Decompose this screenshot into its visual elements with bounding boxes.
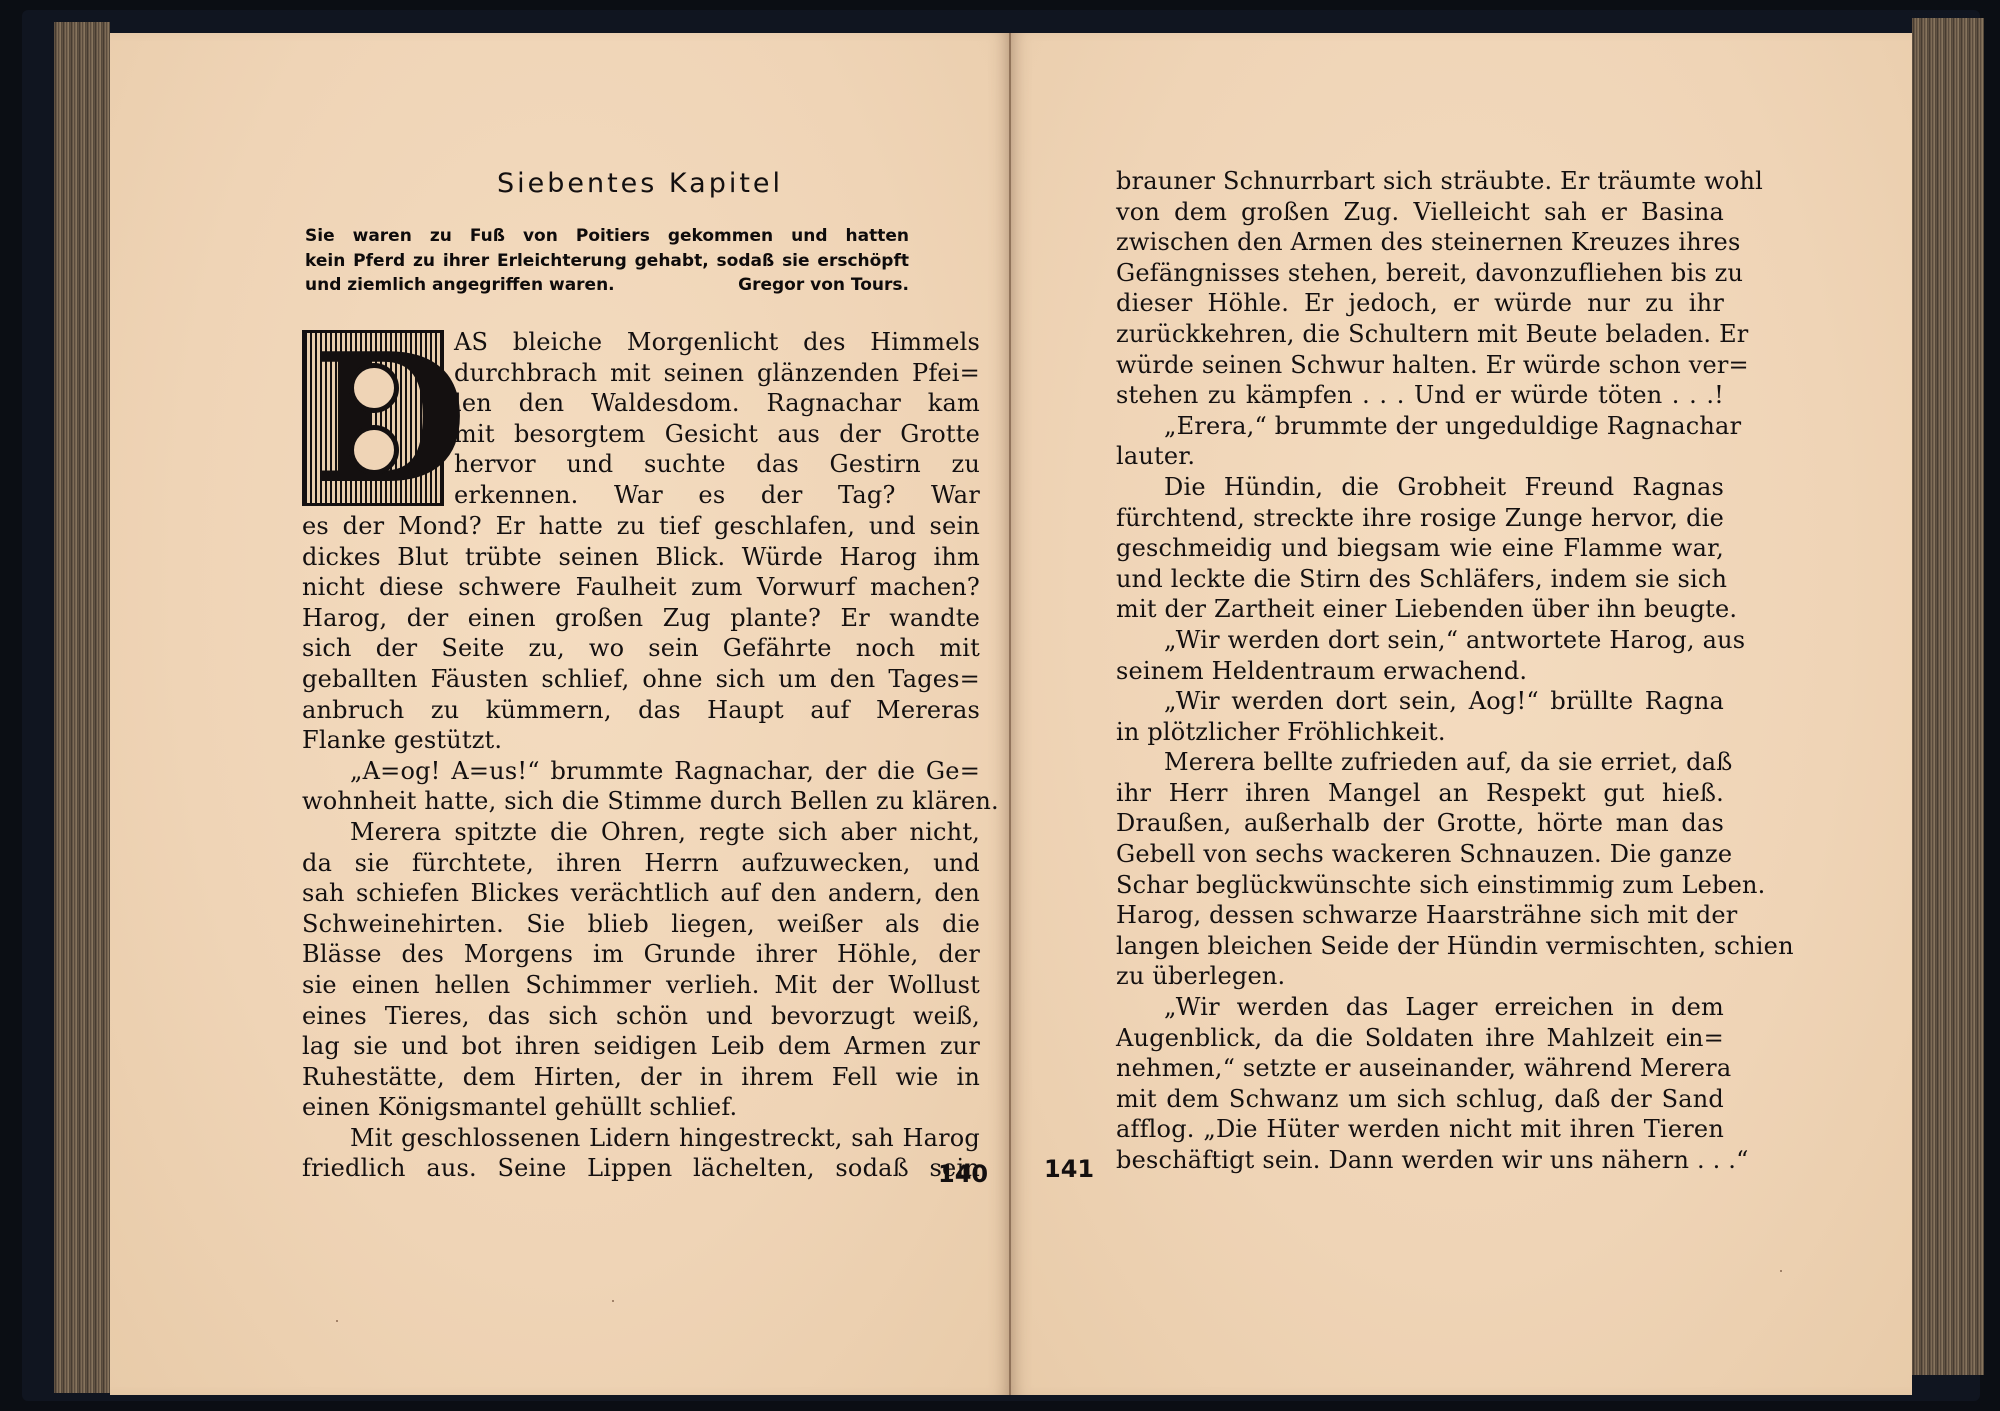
text-line: brauner Schnurrbart sich sträubte. Er tr… [1116, 166, 1724, 197]
text-line: eines Tieres, das sich schön und bevorzu… [302, 1001, 980, 1032]
page-number-right: 141 [1044, 1155, 1094, 1183]
motto-line-text: und ziemlich angegriffen waren. [305, 275, 615, 295]
drop-cap-paragraph: AS bleiche Morgenlicht des Himmels durch… [454, 327, 980, 511]
text-line: Blässe des Morgens im Grunde ihrer Höhle… [302, 939, 980, 970]
text-line: es der Mond? Er hatte zu tief geschlafen… [302, 511, 980, 542]
text-line: nehmen,“ setzte er auseinander, während … [1116, 1053, 1724, 1084]
text-line: durchbrach mit seinen glänzenden Pfei= [454, 358, 980, 389]
text-line: „Wir werden das Lager erreichen in dem [1116, 992, 1724, 1023]
text-line: Flanke gestützt. [302, 725, 980, 756]
text-line: stehen zu kämpfen . . . Und er würde töt… [1116, 380, 1724, 411]
text-line: da sie fürchtete, ihren Herrn aufzuwecke… [302, 848, 980, 879]
text-line: mit besorgtem Gesicht aus der Grotte [454, 419, 980, 450]
book-gutter [1009, 33, 1011, 1395]
text-line: sah schiefen Blickes verächtlich auf den… [302, 878, 980, 909]
text-line: mit der Zartheit einer Liebenden über ih… [1116, 594, 1724, 625]
left-page-body: es der Mond? Er hatte zu tief geschlafen… [302, 511, 980, 1184]
text-line: friedlich aus. Seine Lippen lächelten, s… [302, 1153, 980, 1184]
page-number-left: 140 [938, 1160, 988, 1188]
ornamental-drop-cap: D [302, 330, 444, 506]
text-line: „Wir werden dort sein,“ antwortete Harog… [1116, 625, 1724, 656]
text-line: Die Hündin, die Grobheit Freund Ragnas [1116, 472, 1724, 503]
paper-speck [612, 1300, 614, 1302]
text-line: Merera bellte zufrieden auf, da sie erri… [1116, 747, 1724, 778]
paper-speck [1490, 610, 1492, 612]
text-line: Schweinehirten. Sie blieb liegen, weißer… [302, 909, 980, 940]
text-line: sich der Seite zu, wo sein Gefährte noch… [302, 633, 980, 664]
text-line: Mit geschlossenen Lidern hingestreckt, s… [302, 1123, 980, 1154]
text-line: nicht diese schwere Faulheit zum Vorwurf… [302, 572, 980, 603]
chapter-motto: Sie waren zu Fuß von Poitiers gekommen u… [305, 224, 909, 298]
text-line: zurückkehren, die Schultern mit Beute be… [1116, 319, 1724, 350]
text-line: Gefängnisses stehen, bereit, davonzuflie… [1116, 258, 1724, 289]
motto-attribution: Gregor von Tours. [738, 273, 909, 298]
text-line: Ruhestätte, dem Hirten, der in ihrem Fel… [302, 1062, 980, 1093]
text-line: erkennen. War es der Tag? War [454, 480, 980, 511]
right-page-body: brauner Schnurrbart sich sträubte. Er tr… [1116, 166, 1724, 1176]
paper-speck [336, 1320, 338, 1322]
text-line: fürchtend, streckte ihre rosige Zunge he… [1116, 503, 1724, 534]
text-line: Merera spitzte die Ohren, regte sich abe… [302, 817, 980, 848]
text-line: sie einen hellen Schimmer verlieh. Mit d… [302, 970, 980, 1001]
text-line: dieser Höhle. Er jedoch, er würde nur zu… [1116, 288, 1724, 319]
text-line: beschäftigt sein. Dann werden wir uns nä… [1116, 1145, 1724, 1176]
text-line: mit dem Schwanz um sich schlug, daß der … [1116, 1084, 1724, 1115]
text-line: seinem Heldentraum erwachend. [1116, 656, 1724, 687]
text-line: „A=og! A=us!“ brummte Ragnachar, der die… [302, 756, 980, 787]
text-line: zwischen den Armen des steinernen Kreuze… [1116, 227, 1724, 258]
right-page-edges [1912, 18, 1984, 1375]
text-line: anbruch zu kümmern, das Haupt auf Merera… [302, 695, 980, 726]
text-line: afflog. „Die Hüter werden nicht mit ihre… [1116, 1114, 1724, 1145]
text-line: ihr Herr ihren Mangel an Respekt gut hie… [1116, 778, 1724, 809]
text-line: dickes Blut trübte seinen Blick. Würde H… [302, 542, 980, 573]
text-line: len den Waldesdom. Ragnachar kam [454, 388, 980, 419]
left-page-edges [54, 22, 110, 1393]
text-line: hervor und suchte das Gestirn zu [454, 449, 980, 480]
text-line: in plötzlicher Fröhlichkeit. [1116, 717, 1724, 748]
text-line: Schar beglückwünschte sich einstimmig zu… [1116, 870, 1724, 901]
text-line: und leckte die Stirn des Schläfers, inde… [1116, 564, 1724, 595]
text-line: lag sie und bot ihren seidigen Leib dem … [302, 1031, 980, 1062]
text-line: würde seinen Schwur halten. Er würde sch… [1116, 350, 1724, 381]
motto-line: Sie waren zu Fuß von Poitiers gekommen u… [305, 224, 909, 249]
text-line: langen bleichen Seide der Hündin vermisc… [1116, 931, 1724, 962]
text-line: Harog, dessen schwarze Haarsträhne sich … [1116, 900, 1724, 931]
text-line: Gebell von sechs wackeren Schnauzen. Die… [1116, 839, 1724, 870]
text-line: Harog, der einen großen Zug plante? Er w… [302, 603, 980, 634]
text-line: geballten Fäusten schlief, ohne sich um … [302, 664, 980, 695]
text-line: von dem großen Zug. Vielleicht sah er Ba… [1116, 197, 1724, 228]
text-line: Draußen, außerhalb der Grotte, hörte man… [1116, 808, 1724, 839]
paper-speck [1780, 1270, 1782, 1272]
knot-ornament-icon [349, 425, 399, 475]
text-line: lauter. [1116, 441, 1724, 472]
motto-line: und ziemlich angegriffen waren. Gregor v… [305, 273, 909, 298]
text-line: geschmeidig und biegsam wie eine Flamme … [1116, 533, 1724, 564]
text-line: wohnheit hatte, sich die Stimme durch Be… [302, 786, 980, 817]
text-line: zu überlegen. [1116, 961, 1724, 992]
text-line: Augenblick, da die Soldaten ihre Mahlzei… [1116, 1023, 1724, 1054]
knot-ornament-icon [349, 363, 399, 413]
motto-line: kein Pferd zu ihrer Erleichterung gehabt… [305, 249, 909, 274]
text-line: AS bleiche Morgenlicht des Himmels [454, 327, 980, 358]
text-line: einen Königsmantel gehüllt schlief. [302, 1092, 980, 1123]
text-line: „Wir werden dort sein, Aog!“ brüllte Rag… [1116, 686, 1724, 717]
chapter-title: Siebentes Kapitel [300, 168, 980, 199]
text-line: „Erera,“ brummte der ungeduldige Ragnach… [1116, 411, 1724, 442]
